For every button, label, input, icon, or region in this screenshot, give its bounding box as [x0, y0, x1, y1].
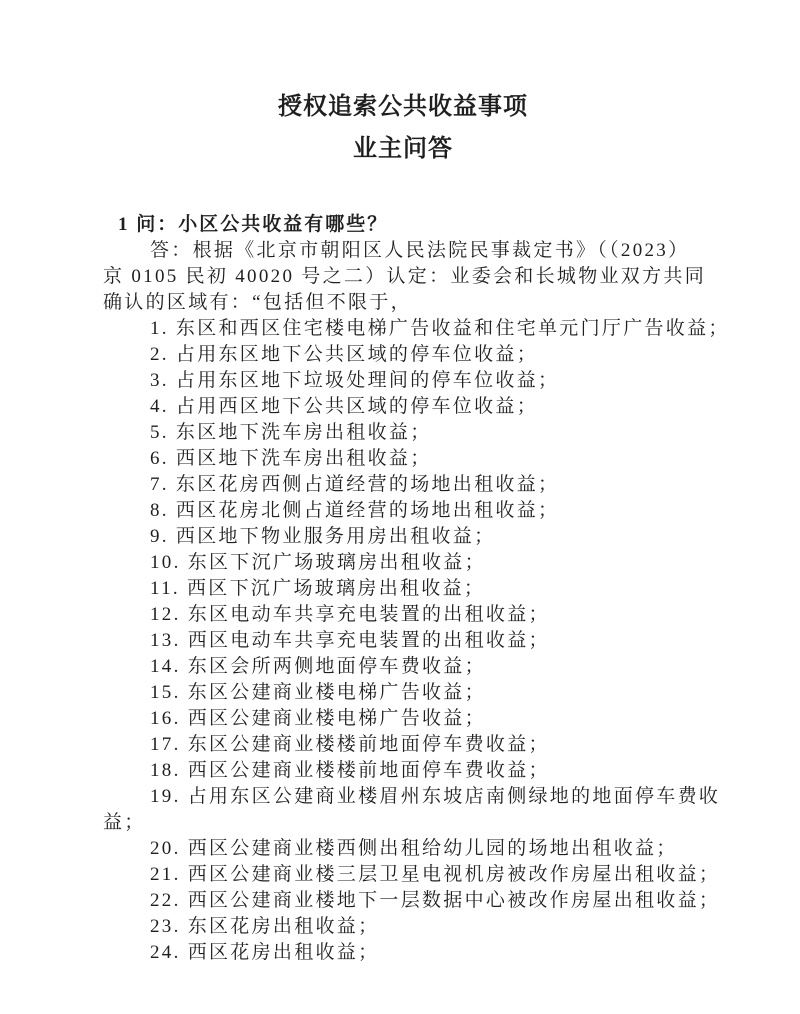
text-line: 6. 西区地下洗车房出租收益；	[103, 446, 703, 472]
text-line: 益；	[103, 810, 703, 836]
answer-body: 答：根据《北京市朝阳区人民法院民事裁定书》（（2023）京 0105 民初 40…	[103, 238, 703, 966]
text-line: 21. 西区公建商业楼三层卫星电视机房被改作房屋出租收益；	[103, 862, 703, 888]
text-line: 11. 西区下沉广场玻璃房出租收益；	[103, 576, 703, 602]
text-line: 3. 占用东区地下垃圾处理间的停车位收益；	[103, 368, 703, 394]
text-line: 京 0105 民初 40020 号之二）认定：业委会和长城物业双方共同	[103, 264, 703, 290]
text-line: 2. 占用东区地下公共区域的停车位收益；	[103, 342, 703, 368]
text-line: 13. 西区电动车共享充电装置的出租收益；	[103, 628, 703, 654]
text-line: 14. 东区会所两侧地面停车费收益；	[103, 654, 703, 680]
text-line: 24. 西区花房出租收益；	[103, 940, 703, 966]
document-subtitle: 业主问答	[103, 134, 703, 164]
text-line: 4. 占用西区地下公共区域的停车位收益；	[103, 394, 703, 420]
text-line: 12. 东区电动车共享充电装置的出租收益；	[103, 602, 703, 628]
text-line: 7. 东区花房西侧占道经营的场地出租收益；	[103, 472, 703, 498]
text-line: 确认的区域有：“包括但不限于，	[103, 290, 703, 316]
text-line: 18. 西区公建商业楼楼前地面停车费收益；	[103, 758, 703, 784]
document-title: 授权追索公共收益事项	[103, 92, 703, 122]
question-heading: 1 问：小区公共收益有哪些？	[103, 212, 703, 238]
text-line: 9. 西区地下物业服务用房出租收益；	[103, 524, 703, 550]
text-line: 1. 东区和西区住宅楼电梯广告收益和住宅单元门厅广告收益；	[103, 316, 703, 342]
document-page: 授权追索公共收益事项 业主问答 1 问：小区公共收益有哪些？ 答：根据《北京市朝…	[0, 0, 800, 1014]
text-line: 20. 西区公建商业楼西侧出租给幼儿园的场地出租收益；	[103, 836, 703, 862]
text-line: 8. 西区花房北侧占道经营的场地出租收益；	[103, 498, 703, 524]
text-line: 15. 东区公建商业楼电梯广告收益；	[103, 680, 703, 706]
text-line: 17. 东区公建商业楼楼前地面停车费收益；	[103, 732, 703, 758]
text-line: 10. 东区下沉广场玻璃房出租收益；	[103, 550, 703, 576]
text-line: 23. 东区花房出租收益；	[103, 914, 703, 940]
text-line: 5. 东区地下洗车房出租收益；	[103, 420, 703, 446]
text-line: 答：根据《北京市朝阳区人民法院民事裁定书》（（2023）	[103, 238, 703, 264]
text-line: 19. 占用东区公建商业楼眉州东坡店南侧绿地的地面停车费收	[103, 784, 703, 810]
text-line: 16. 西区公建商业楼电梯广告收益；	[103, 706, 703, 732]
text-line: 22. 西区公建商业楼地下一层数据中心被改作房屋出租收益；	[103, 888, 703, 914]
